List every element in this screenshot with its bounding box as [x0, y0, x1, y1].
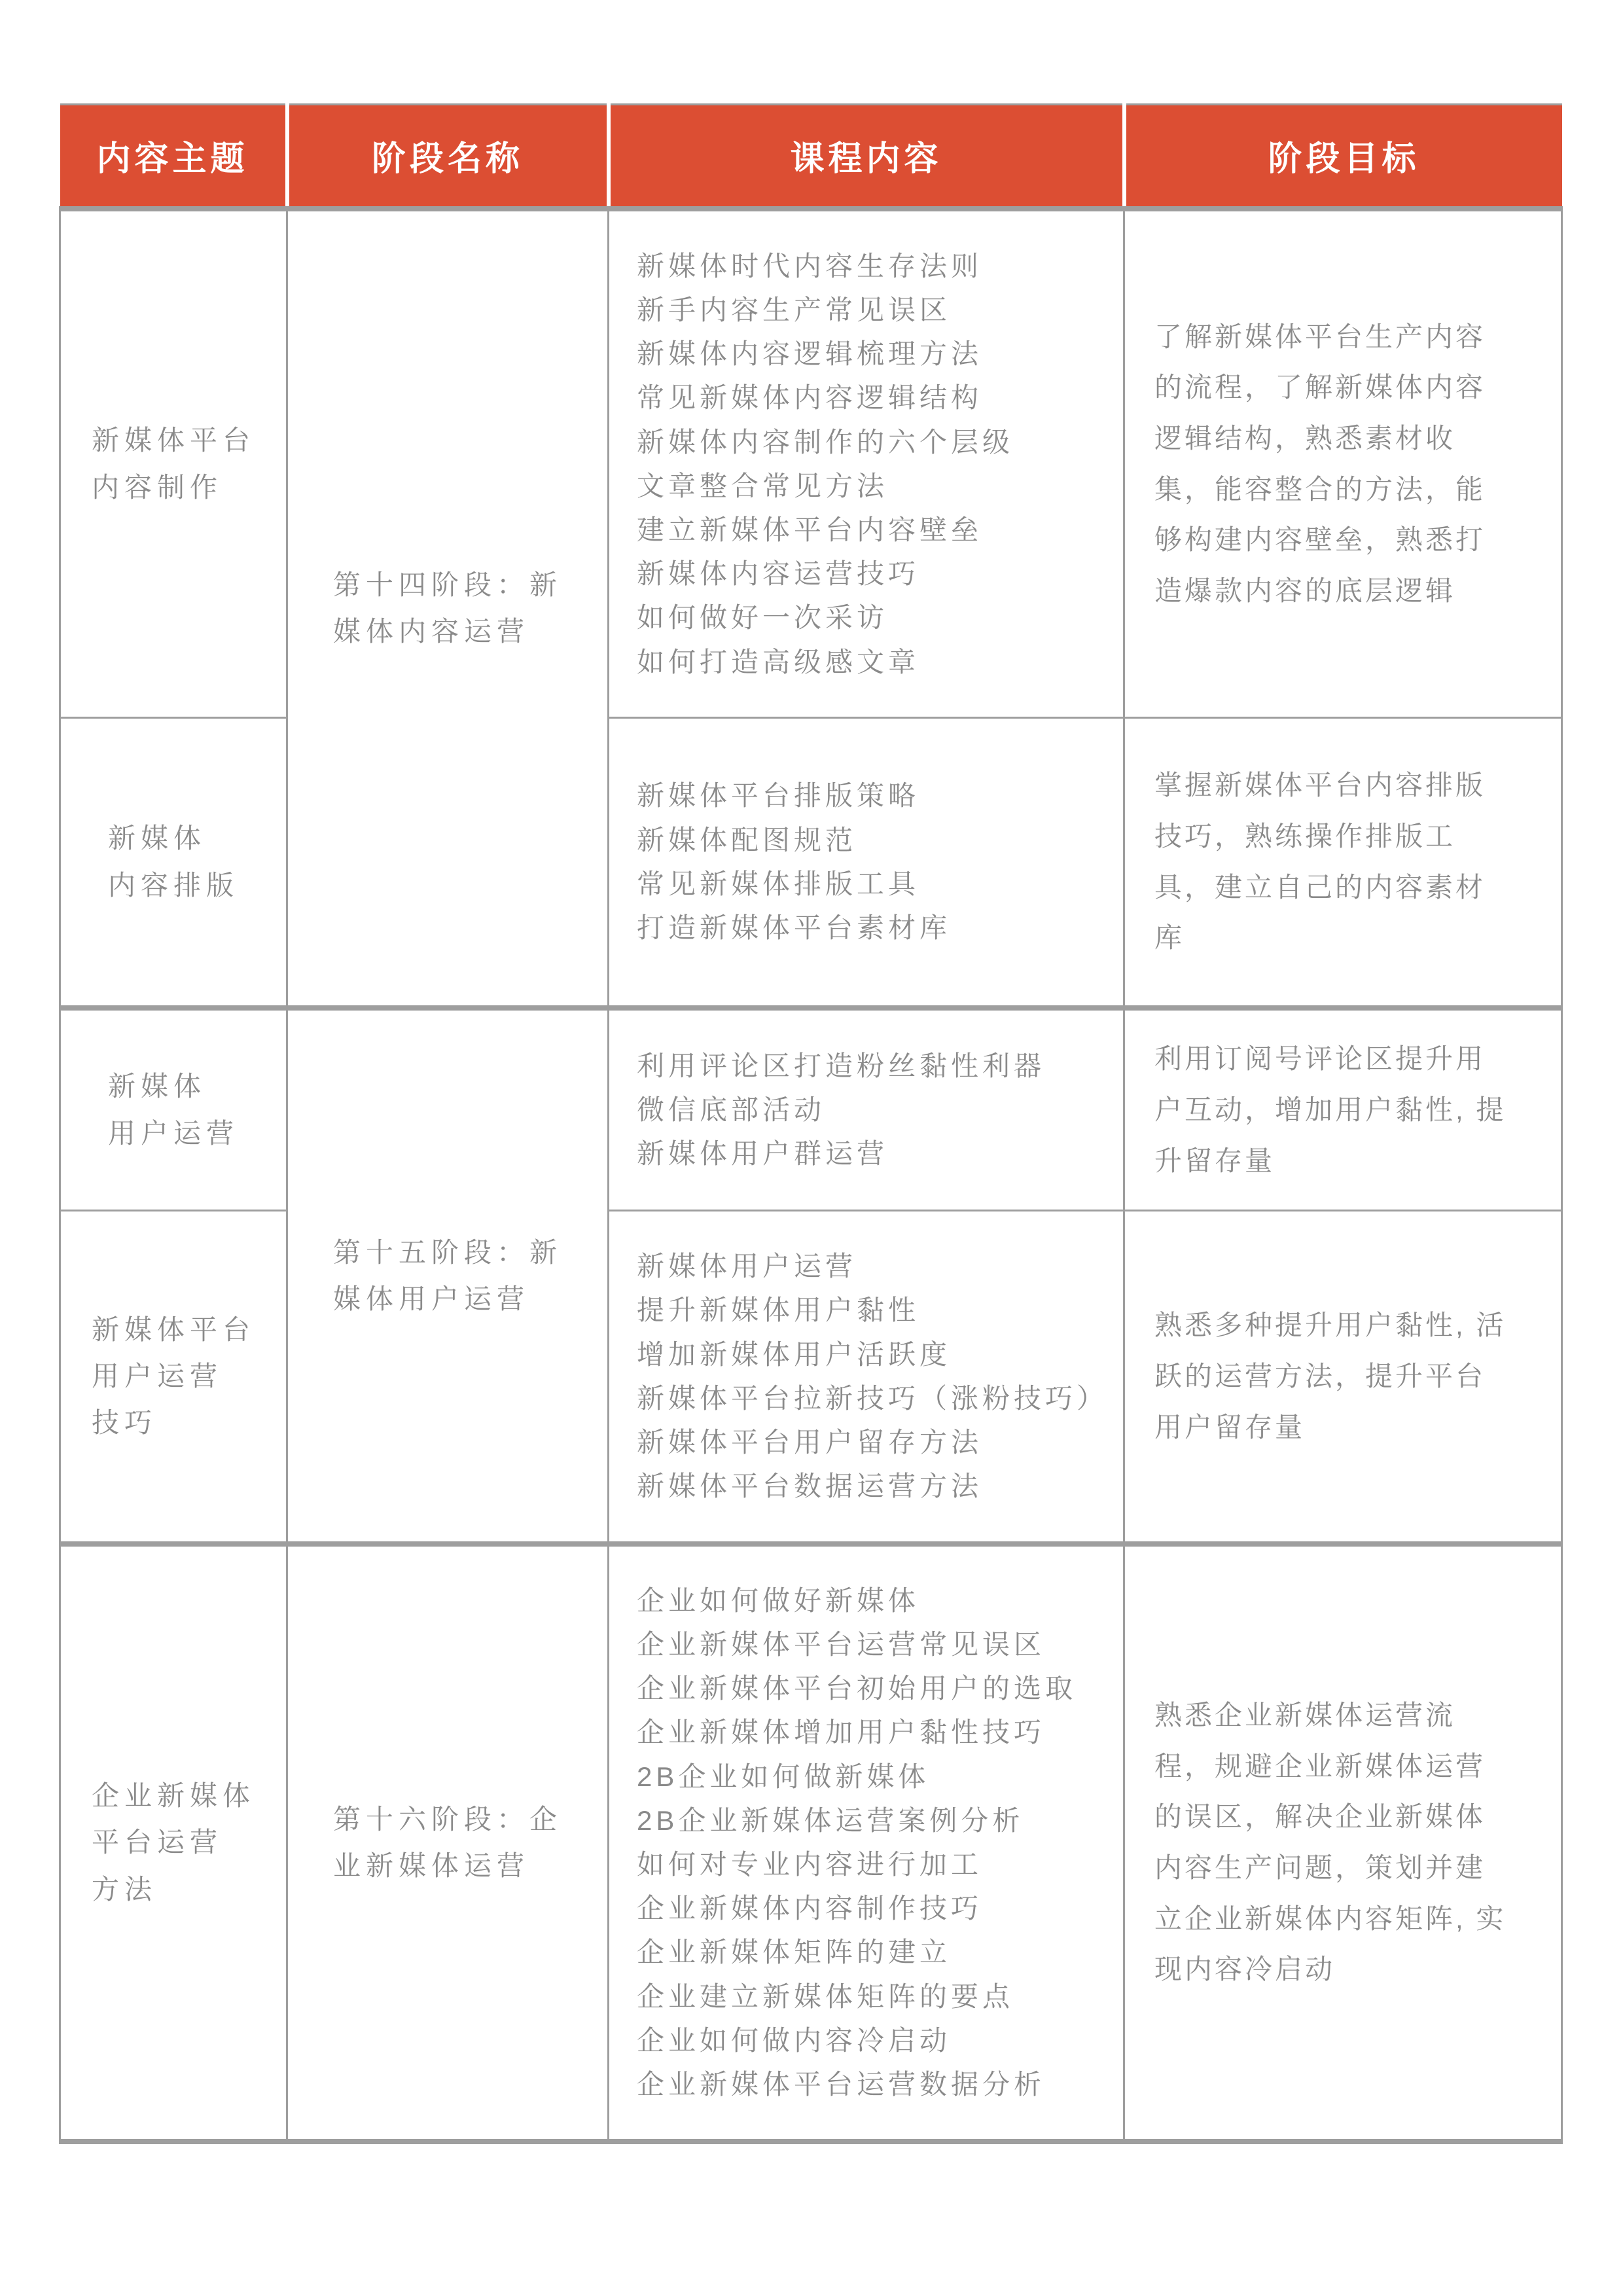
- goal-text: 利用订阅号评论区提升用户互动，增加用户黏性, 提升留存量: [1124, 1008, 1562, 1211]
- course-list: 新媒体时代内容生存法则 新手内容生产常见误区 新媒体内容逻辑梳理方法 常见新媒体…: [609, 209, 1124, 718]
- course-list: 利用评论区打造粉丝黏性利器 微信底部活动 新媒体用户群运营: [609, 1008, 1124, 1211]
- topic-label: 新媒体 内容排版: [108, 815, 239, 908]
- course-list: 新媒体平台排版策略 新媒体配图规范 常见新媒体排版工具 打造新媒体平台素材库: [609, 718, 1124, 1008]
- header-content: 课程内容: [609, 105, 1124, 209]
- goal-text: 熟悉企业新媒体运营流程，规避企业新媒体运营的误区，解决企业新媒体内容生产问题，策…: [1124, 1544, 1562, 2142]
- header-topic: 内容主题: [60, 105, 287, 209]
- course-list: 企业如何做好新媒体 企业新媒体平台运营常见误区 企业新媒体平台初始用户的选取 企…: [609, 1544, 1124, 2142]
- curriculum-table: 内容主题 阶段名称 课程内容 阶段目标 新媒体平台 内容制作 第十四阶段：新 媒…: [59, 103, 1563, 2144]
- stage-cell-stage15: 第十五阶段：新 媒体用户运营: [287, 1008, 609, 1544]
- stage-cell-stage14: 第十四阶段：新 媒体内容运营: [287, 209, 609, 1008]
- curriculum-page: 内容主题 阶段名称 课程内容 阶段目标 新媒体平台 内容制作 第十四阶段：新 媒…: [0, 0, 1623, 2296]
- topic-cell: 新媒体 内容排版: [60, 718, 287, 1008]
- course-list: 新媒体用户运营 提升新媒体用户黏性 增加新媒体用户活跃度 新媒体平台拉新技巧（涨…: [609, 1211, 1124, 1544]
- header-stage: 阶段名称: [287, 105, 609, 209]
- topic-cell: 新媒体 用户运营: [60, 1008, 287, 1211]
- table-row-stage14-layout: 新媒体 内容排版 新媒体平台排版策略 新媒体配图规范 常见新媒体排版工具 打造新…: [60, 718, 1562, 1008]
- stage-cell-stage16: 第十六阶段：企 业新媒体运营: [287, 1544, 609, 2142]
- stage-label: 第十四阶段：新 媒体内容运营: [333, 562, 562, 655]
- table-row-stage15-user-skills: 新媒体平台 用户运营 技巧 新媒体用户运营 提升新媒体用户黏性 增加新媒体用户活…: [60, 1211, 1562, 1544]
- header-row: 内容主题 阶段名称 课程内容 阶段目标: [60, 105, 1562, 209]
- topic-label: 新媒体平台 内容制作: [92, 417, 255, 511]
- topic-cell: 新媒体平台 用户运营 技巧: [60, 1211, 287, 1544]
- goal-text: 熟悉多种提升用户黏性, 活跃的运营方法，提升平台用户留存量: [1124, 1211, 1562, 1544]
- topic-label: 新媒体平台 用户运营 技巧: [92, 1306, 255, 1446]
- stage-label: 第十五阶段：新 媒体用户运营: [333, 1229, 562, 1323]
- topic-cell: 新媒体平台 内容制作: [60, 209, 287, 718]
- goal-text: 了解新媒体平台生产内容的流程，了解新媒体内容逻辑结构，熟悉素材收集，能容整合的方…: [1124, 209, 1562, 718]
- table-row-stage16-enterprise: 企业新媒体 平台运营 方法 第十六阶段：企 业新媒体运营 企业如何做好新媒体 企…: [60, 1544, 1562, 2142]
- table-row-stage14-content-production: 新媒体平台 内容制作 第十四阶段：新 媒体内容运营 新媒体时代内容生存法则 新手…: [60, 209, 1562, 718]
- topic-cell: 企业新媒体 平台运营 方法: [60, 1544, 287, 2142]
- topic-label: 新媒体 用户运营: [108, 1063, 239, 1157]
- topic-label: 企业新媒体 平台运营 方法: [92, 1772, 255, 1912]
- goal-text: 掌握新媒体平台内容排版技巧，熟练操作排版工具，建立自己的内容素材库: [1124, 718, 1562, 1008]
- table-row-stage15-user-ops: 新媒体 用户运营 第十五阶段：新 媒体用户运营 利用评论区打造粉丝黏性利器 微信…: [60, 1008, 1562, 1211]
- stage-label: 第十六阶段：企 业新媒体运营: [333, 1796, 562, 1890]
- header-goal: 阶段目标: [1124, 105, 1562, 209]
